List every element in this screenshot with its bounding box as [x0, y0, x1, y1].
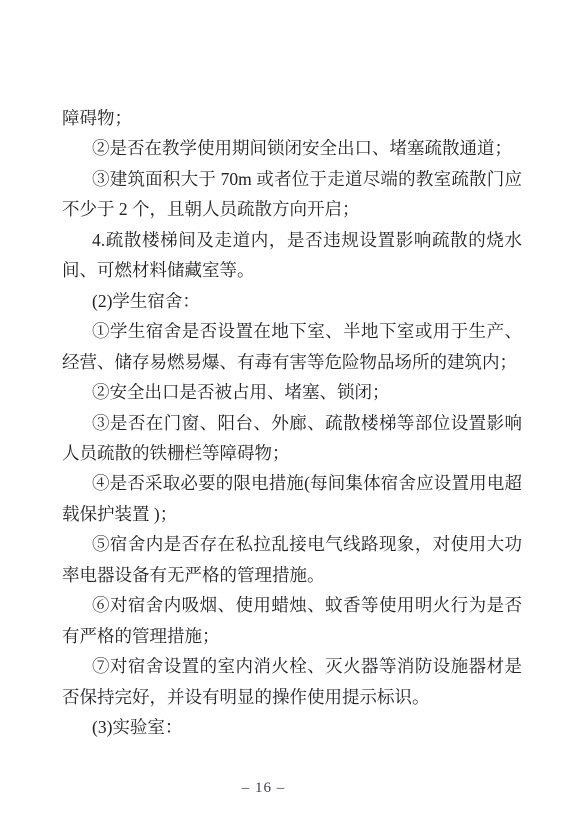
paragraph-dorm-item-7-fire-equipment: ⑦对宿舍设置的室内消火栓、灭火器等消防设施器材是否保持完好，并设有明显的操作使用… — [62, 651, 522, 712]
document-body: 障碍物； ②是否在教学使用期间锁闭安全出口、堵塞疏散通道； ③建筑面积大于 70… — [62, 103, 522, 743]
page-footer: – 16 – — [0, 779, 527, 797]
paragraph-dorm-item-2-exits: ②安全出口是否被占用、堵塞、锁闭； — [62, 377, 522, 407]
paragraph-item-3-classroom-doors: ③建筑面积大于 70m 或者位于走道尽端的教室疏散门应不少于 2 个，且朝人员疏… — [62, 164, 522, 225]
document-page: 障碍物； ②是否在教学使用期间锁闭安全出口、堵塞疏散通道； ③建筑面积大于 70… — [0, 0, 588, 838]
paragraph-item-4-stairwells: 4.疏散楼梯间及走道内，是否违规设置影响疏散的烧水间、可燃材料储藏室等。 — [62, 225, 522, 286]
paragraph-dorm-item-1-location: ①学生宿舍是否设置在地下室、半地下室或用于生产、经营、储存易燃易爆、有毒有害等危… — [62, 316, 522, 377]
heading-student-dormitory: (2)学生宿舍： — [62, 286, 522, 316]
heading-laboratory: (3)实验室： — [62, 712, 522, 742]
paragraph-dorm-item-6-open-flame: ⑥对宿舍内吸烟、使用蜡烛、蚊香等使用明火行为是否有严格的管理措施； — [62, 590, 522, 651]
page-number: – 16 – — [242, 780, 286, 796]
paragraph-item-2-teaching: ②是否在教学使用期间锁闭安全出口、堵塞疏散通道； — [62, 133, 522, 163]
paragraph-dorm-item-5-wiring: ⑤宿舍内是否存在私拉乱接电气线路现象，对使用大功率电器设备有无严格的管理措施。 — [62, 529, 522, 590]
paragraph-dorm-item-3-barriers: ③是否在门窗、阳台、外廊、疏散楼梯等部位设置影响人员疏散的铁栅栏等障碍物； — [62, 408, 522, 469]
paragraph-continuation: 障碍物； — [62, 103, 522, 133]
paragraph-dorm-item-4-power-limit: ④是否采取必要的限电措施(每间集体宿舍应设置用电超载保护装置 )； — [62, 468, 522, 529]
